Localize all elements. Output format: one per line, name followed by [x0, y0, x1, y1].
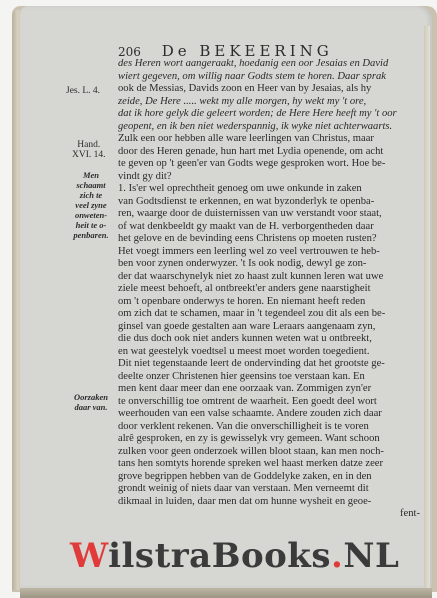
text-line: dikmaal in luiden, daar men dat om hunne…: [118, 496, 428, 509]
text-line: van Godtsdienst te erkennen, en wat byzo…: [118, 196, 428, 209]
catchword: fent-: [118, 508, 428, 521]
margin-note-oorzaken: Oorzaken daar van.: [66, 392, 116, 412]
text-line: het gelove en de bevinding eens Christen…: [118, 233, 428, 246]
text-line: der dat waarschynelyk niet zo haast zult…: [118, 271, 428, 284]
text-line: men kent daar meer dan ene oorzaak van. …: [118, 383, 428, 396]
text-line: te geven op 't geen'er van Godts wege ge…: [118, 158, 428, 171]
margin-note-line: penbaren.: [66, 230, 116, 240]
margin-note-line: heit te o-: [66, 220, 116, 230]
text-line: of wat denkbeeldt gy maakt van de H. ver…: [118, 221, 428, 234]
text-line: geopent, en ik ben niet wederspannig, ik…: [118, 121, 428, 134]
margin-note-line: zich te: [66, 190, 116, 200]
watermark-logo: WilstraBooks.NL: [70, 536, 399, 576]
text-line: grondt weinig of niets daar van verstaan…: [118, 483, 428, 496]
text-line: Dit niet tegenstaande leert de ondervind…: [118, 358, 428, 371]
text-line: ook de Messias, Davids zoon en Heer van …: [118, 83, 428, 96]
text-line: te onverschillig toe omtrent de waarheit…: [118, 396, 428, 409]
text-line: weerhouden van een valse schaamte. Ander…: [118, 408, 428, 421]
text-line: ben voor zynen onderwyzer. 't Is ook nod…: [118, 258, 428, 271]
text-line: die dus doch ook niet anders kunnen wete…: [118, 333, 428, 346]
margin-note-line: Hand.: [72, 140, 106, 150]
text-line: ziele meest behoeft, al ontbreekt'er and…: [118, 283, 428, 296]
margin-note-line: daar van.: [66, 402, 116, 412]
margin-note-line: veel zyne: [66, 200, 116, 210]
text-line: 1. Is'er wel oprechtheit genoeg om uwe o…: [118, 183, 428, 196]
watermark-tld: NL: [343, 536, 399, 576]
margin-note-jesaias: Jes. L. 4.: [66, 86, 100, 96]
watermark-dot: .: [331, 536, 343, 576]
margin-note-line: Men: [66, 170, 116, 180]
text-line: tans hen somtyts horende spreken wel haa…: [118, 458, 428, 471]
text-line: grove begrippen hebben van de Goddelyke …: [118, 471, 428, 484]
page-edge-bottom: [20, 588, 432, 598]
margin-note-line: Oorzaken: [66, 392, 116, 402]
margin-note-line: schaamt: [66, 180, 116, 190]
text-line: deelte onzer Christenen hier geensins to…: [118, 371, 428, 384]
margin-note-line: XVI. 14.: [72, 150, 106, 160]
text-line: ren, waarge door de duisternissen van uw…: [118, 208, 428, 221]
text-line: wiert gegeven, om willig naar Godts stem…: [118, 71, 428, 84]
text-line: ginsel van goede gestalten aan ware Lera…: [118, 321, 428, 334]
body-text: des Heren wort aangeraakt, hoedanig een …: [118, 58, 428, 521]
margin-note-line: onweten-: [66, 210, 116, 220]
text-line: om zich dat te schamen, maar in 't tegen…: [118, 308, 428, 321]
text-line: alrê gesproken, en zy is gewisselyk vry …: [118, 433, 428, 446]
watermark-initial: W: [70, 536, 108, 576]
text-line: Het voegt immers een leerling wel zo vee…: [118, 246, 428, 259]
watermark-name: ilstraBooks: [108, 536, 331, 576]
text-line: door des Heren genade, hun hart met Lydi…: [118, 146, 428, 159]
text-line: door verklent rekenen. Van die onverschi…: [118, 421, 428, 434]
text-line: dat ik hore gelyk die geleert worden; de…: [118, 108, 428, 121]
text-line: zulken voor geen onderzoek willen bloot …: [118, 446, 428, 459]
text-line: vindt gy dit?: [118, 171, 428, 184]
text-line: des Heren wort aangeraakt, hoedanig een …: [118, 58, 428, 71]
text-line: zeide, De Here ..... wekt my alle morgen…: [118, 96, 428, 109]
page-number: 206: [118, 45, 141, 59]
margin-note-handelingen: Hand. XVI. 14.: [72, 140, 106, 160]
text-line: om 't openbare onderwys te horen. En nie…: [118, 296, 428, 309]
text-line: en wat geestelyk voedtsel u meest moet w…: [118, 346, 428, 359]
text-line: Zulk een oor hebben alle ware leerlingen…: [118, 133, 428, 146]
margin-note-men-schaamt: Men schaamt zich te veel zyne onweten- h…: [66, 170, 116, 240]
